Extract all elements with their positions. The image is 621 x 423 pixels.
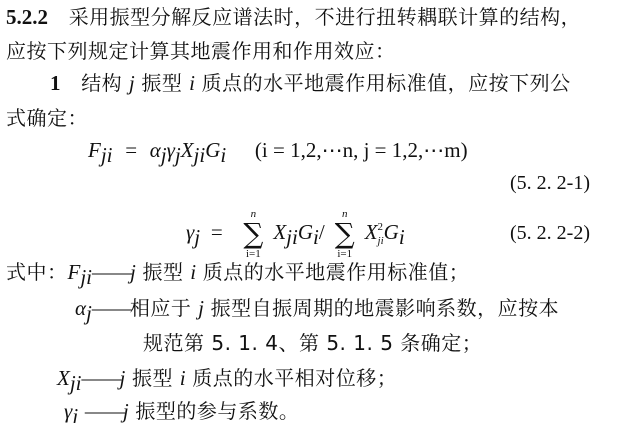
dash: —— [92, 296, 130, 320]
where-label: 式中： [6, 260, 68, 284]
subscript: i [220, 143, 226, 167]
subscript: ji [101, 143, 113, 167]
subscript: j [72, 404, 78, 423]
symbol-F: F [88, 138, 101, 162]
definition-alpha-continued: 规范第 5. 1. 4、第 5. 1. 5 条确定； [143, 331, 482, 355]
dash: —— [85, 399, 123, 423]
definition-text: 振型 [143, 260, 184, 284]
equals-sign: = [125, 138, 137, 162]
var-i: i [190, 260, 196, 284]
section-number: 5.2.2 [6, 5, 48, 29]
subscript: i [399, 225, 405, 249]
section-intro-text: 采用振型分解反应谱法时，不进行扭转耦联计算的结构， [69, 5, 582, 29]
item-text: 质点的水平地震作用标准值，应按下列公 [202, 71, 571, 95]
symbol-gamma: γ [167, 138, 175, 162]
var-j: j [129, 71, 135, 95]
section-line-1: 5.2.2 采用振型分解反应谱法时，不进行扭转耦联计算的结构， [6, 5, 581, 29]
var-i: i [189, 71, 195, 95]
item-number: 1 [50, 71, 61, 95]
symbol-alpha: α [150, 138, 161, 162]
equation-number-2: (5. 2. 2-2) [510, 221, 590, 245]
sigma-icon: ∑ [331, 220, 359, 248]
var-j: j [123, 399, 129, 423]
item-text: 振型 [141, 71, 182, 95]
symbol-F: F [68, 260, 81, 284]
definition-alpha: αj——相应于 j 振型自振周期的地震影响系数，应按本 [75, 296, 559, 320]
formula-5-2-2-2: γj = n ∑ i=1 XjiGi/ n ∑ i=1 X2jiGi [186, 206, 405, 258]
subscript: ji [194, 143, 206, 167]
formula-5-2-2-1: Fji = αjγjXjiGi (i = 1,2,⋯n, j = 1,2,⋯m) [88, 138, 468, 162]
item-text: 结构 [81, 71, 122, 95]
formula-condition: (i = 1,2,⋯n, j = 1,2,⋯m) [255, 138, 468, 162]
var-j: j [120, 366, 126, 390]
equals-sign: = [211, 220, 223, 244]
definition-text: 相应于 [130, 296, 192, 320]
dash: —— [92, 260, 130, 284]
definition-X: Xji——j 振型 i 质点的水平相对位移； [57, 366, 397, 390]
division-slash: / [319, 220, 325, 244]
item-1-line-2: 式确定： [6, 106, 88, 130]
symbol-X: X [181, 138, 194, 162]
summation-denominator: n ∑ i=1 [331, 208, 359, 260]
symbol-G: G [384, 220, 399, 244]
definition-text: 振型 [132, 366, 173, 390]
subscript: ji [286, 225, 298, 249]
symbol-G: G [205, 138, 220, 162]
section-line-2: 应按下列规定计算其地震作用和作用效应： [6, 39, 396, 63]
var-j: j [130, 260, 136, 284]
subscript: ji [80, 265, 92, 289]
symbol-alpha: α [75, 296, 86, 320]
definition-text: 质点的水平相对位移； [192, 366, 397, 390]
definition-text: 质点的水平地震作用标准值； [203, 260, 470, 284]
summation-numerator: n ∑ i=1 [239, 208, 267, 260]
var-j: j [198, 296, 204, 320]
symbol-G: G [298, 220, 313, 244]
subscript: ji [70, 371, 82, 395]
definition-text: 振型自振周期的地震影响系数，应按本 [211, 296, 560, 320]
dash: —— [82, 366, 120, 390]
definition-text: 振型的参与系数。 [135, 399, 299, 423]
symbol-X: X [57, 366, 70, 390]
symbol-X: X [273, 220, 286, 244]
item-1-line-1: 1 结构 j 振型 i 质点的水平地震作用标准值，应按下列公 [50, 71, 571, 95]
subscript: j [194, 225, 200, 249]
var-i: i [180, 366, 186, 390]
sigma-icon: ∑ [239, 220, 267, 248]
equation-number-1: (5. 2. 2-1) [510, 171, 590, 195]
symbol-X: X [365, 220, 378, 244]
definition-gamma: γj ——j 振型的参与系数。 [64, 399, 299, 423]
definition-F: 式中：Fji——j 振型 i 质点的水平地震作用标准值； [6, 260, 469, 284]
